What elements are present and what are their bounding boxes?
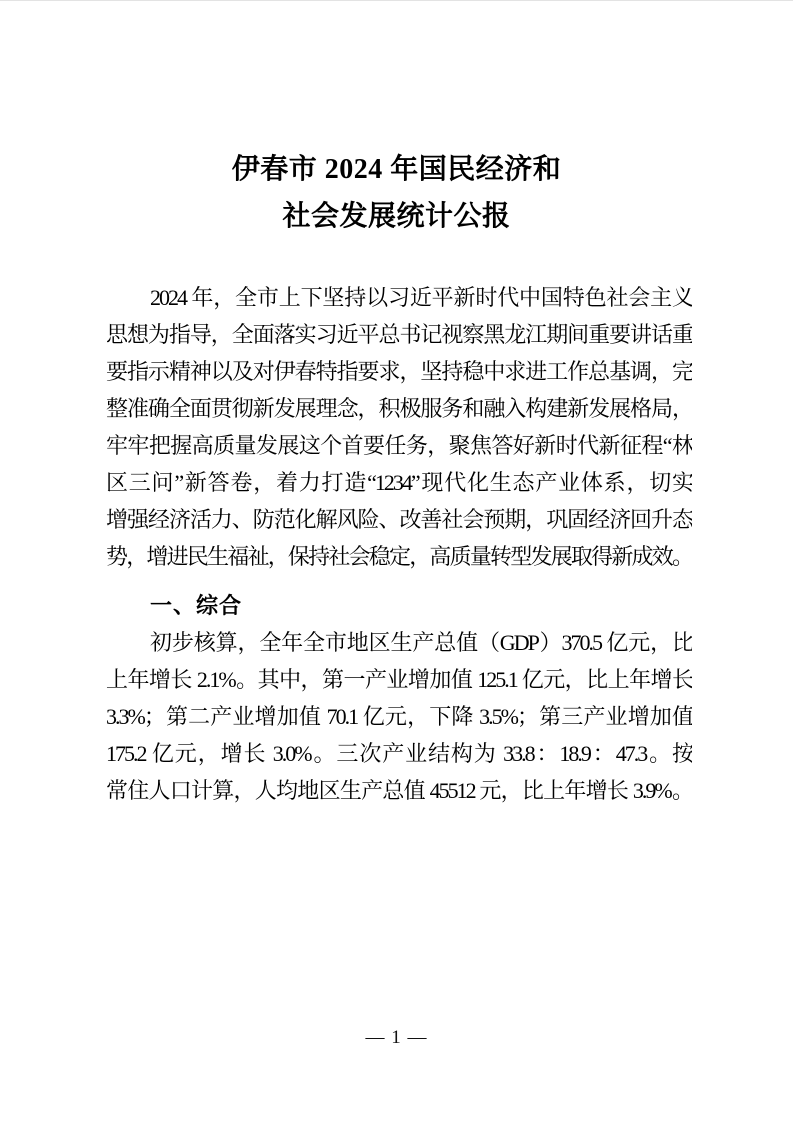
- section-heading-comprehensive: 一、综合: [106, 587, 692, 624]
- body-line: 势，增进民生福祉，保持社会稳定，高质量转型发展取得新成效。: [106, 538, 692, 575]
- body-line: 初步核算，全年全市地区生产总值（GDP）370.5 亿元，比: [106, 624, 692, 661]
- title-line-2: 社会发展统计公报: [0, 193, 793, 240]
- body-line: 3.3%；第二产业增加值 70.1 亿元，下降 3.5%；第三产业增加值: [106, 698, 692, 735]
- body-line: 思想为指导，全面落实习近平总书记视察黑龙江期间重要讲话重: [106, 316, 692, 353]
- body-line: 上年增长 2.1%。其中，第一产业增加值 125.1 亿元，比上年增长: [106, 661, 692, 698]
- body-line: 175.2 亿元，增长 3.0%。三次产业结构为 33.8：18.9：47.3。…: [106, 735, 692, 772]
- page-number: — 1 —: [0, 1027, 793, 1049]
- body-line: 常住人口计算，人均地区生产总值 45512 元，比上年增长 3.9%。: [106, 772, 692, 809]
- body-line: 牢牢把握高质量发展这个首要任务，聚焦答好新时代新征程“林: [106, 427, 692, 464]
- document-body: 2024 年，全市上下坚持以习近平新时代中国特色社会主义 思想为指导，全面落实习…: [106, 279, 692, 809]
- document-page: 伊春市 2024 年国民经济和 社会发展统计公报 2024 年，全市上下坚持以习…: [0, 0, 793, 1122]
- document-title: 伊春市 2024 年国民经济和 社会发展统计公报: [0, 146, 793, 240]
- body-line: 要指示精神以及对伊春特指要求，坚持稳中求进工作总基调，完: [106, 353, 692, 390]
- body-line: 区三问”新答卷，着力打造“1234”现代化生态产业体系，切实: [106, 464, 692, 501]
- overview-paragraph: 初步核算，全年全市地区生产总值（GDP）370.5 亿元，比 上年增长 2.1%…: [106, 624, 692, 809]
- body-line: 整准确全面贯彻新发展理念，积极服务和融入构建新发展格局，: [106, 390, 692, 427]
- body-line: 增强经济活力、防范化解风险、改善社会预期，巩固经济回升态: [106, 501, 692, 538]
- title-line-1: 伊春市 2024 年国民经济和: [0, 146, 793, 193]
- body-line: 2024 年，全市上下坚持以习近平新时代中国特色社会主义: [106, 279, 692, 316]
- intro-paragraph: 2024 年，全市上下坚持以习近平新时代中国特色社会主义 思想为指导，全面落实习…: [106, 279, 692, 575]
